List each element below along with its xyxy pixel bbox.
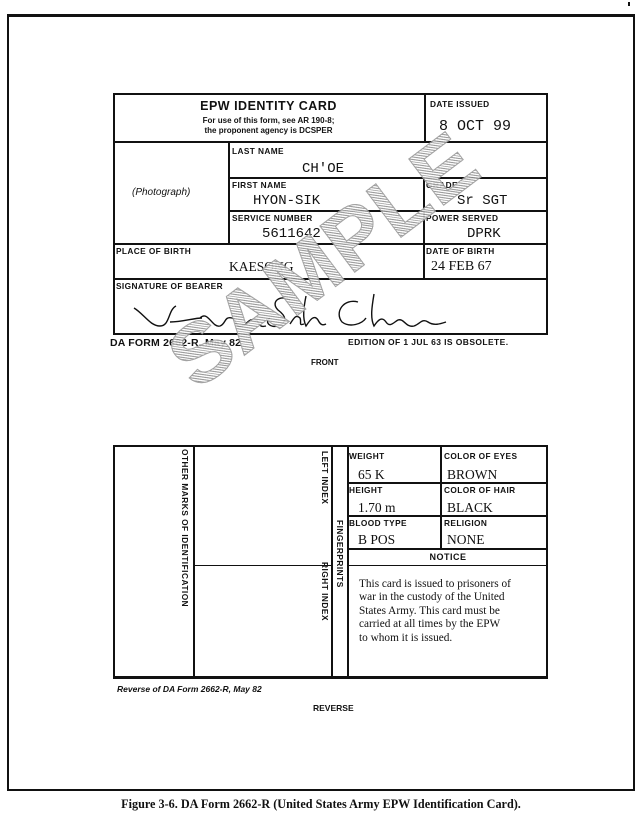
front-form-id: DA FORM 2662-R, May 82 — [110, 337, 241, 349]
weight-label: WEIGHT — [349, 451, 385, 461]
fingerprints-label: FINGERPRINTS — [335, 520, 345, 588]
edition-note: EDITION OF 1 JUL 63 IS OBSOLETE. — [348, 337, 508, 347]
date-of-birth-value: 24 FEB 67 — [431, 259, 492, 275]
date-issued-label: DATE ISSUED — [430, 99, 490, 109]
divider — [423, 244, 425, 279]
power-served-label: POWER SERVED — [426, 213, 498, 223]
divider — [193, 446, 195, 678]
divider — [113, 278, 548, 280]
grade-label: GRADE — [426, 180, 458, 190]
divider — [113, 243, 548, 245]
hair-color-value: BLACK — [447, 500, 493, 516]
divider — [229, 210, 548, 212]
page-corner-mark — [628, 2, 630, 6]
figure-caption: Figure 3-6. DA Form 2662-R (United State… — [0, 797, 642, 812]
eye-color-value: BROWN — [447, 467, 497, 483]
divider — [113, 141, 548, 143]
place-of-birth-label: PLACE OF BIRTH — [116, 246, 191, 256]
right-index-label: RIGHT INDEX — [320, 562, 330, 621]
power-served-value: DPRK — [467, 226, 501, 242]
card-subtitle-line1: For use of this form, see AR 190-8; — [113, 116, 424, 125]
divider — [348, 515, 547, 517]
weight-value: 65 K — [358, 467, 385, 483]
other-marks-label: OTHER MARKS OF IDENTIFICATION — [180, 449, 190, 607]
divider — [229, 177, 548, 179]
height-value: 1.70 m — [358, 500, 396, 516]
service-number-value: 5611642 — [262, 226, 321, 242]
place-of-birth-value: KAESONG — [229, 259, 294, 275]
reverse-side-caption: REVERSE — [313, 703, 354, 713]
religion-value: NONE — [447, 532, 485, 548]
notice-line: carried at all times by the EPW — [359, 618, 511, 631]
height-label: HEIGHT — [349, 485, 383, 495]
divider — [348, 548, 547, 550]
divider — [440, 446, 442, 549]
card-title: EPW IDENTITY CARD — [113, 99, 424, 113]
divider — [424, 93, 426, 142]
signature-scribble — [130, 288, 450, 334]
front-side-caption: FRONT — [311, 358, 339, 367]
blood-type-value: B POS — [358, 532, 395, 548]
first-name-value: HYON-SIK — [253, 193, 320, 209]
card-subtitle-line2: the proponent agency is DCSPER — [113, 126, 424, 135]
date-of-birth-label: DATE OF BIRTH — [426, 246, 495, 256]
left-index-label: LEFT INDEX — [320, 451, 330, 504]
notice-line: war in the custody of the United — [359, 591, 511, 604]
religion-label: RELIGION — [444, 518, 487, 528]
last-name-value: CH'OE — [302, 161, 344, 177]
divider — [228, 142, 230, 244]
first-name-label: FIRST NAME — [232, 180, 287, 190]
divider — [348, 482, 547, 484]
divider — [194, 565, 332, 566]
eye-color-label: COLOR OF EYES — [444, 451, 517, 461]
divider — [348, 565, 547, 566]
notice-line: This card is issued to prisoners of — [359, 578, 511, 591]
notice-line: States Army. This card must be — [359, 605, 511, 618]
notice-body: This card is issued to prisoners of war … — [359, 578, 511, 645]
hair-color-label: COLOR OF HAIR — [444, 485, 516, 495]
photograph-placeholder: (Photograph) — [132, 187, 190, 198]
reverse-form-id: Reverse of DA Form 2662-R, May 82 — [117, 684, 262, 694]
divider — [331, 446, 333, 678]
date-issued-value: 8 OCT 99 — [439, 118, 511, 135]
grade-value: Sr SGT — [457, 193, 507, 209]
blood-type-label: BLOOD TYPE — [349, 518, 407, 528]
notice-title: NOTICE — [349, 552, 547, 562]
notice-line: to whom it is issued. — [359, 632, 511, 645]
service-number-label: SERVICE NUMBER — [232, 213, 313, 223]
last-name-label: LAST NAME — [232, 146, 284, 156]
divider — [347, 446, 349, 678]
